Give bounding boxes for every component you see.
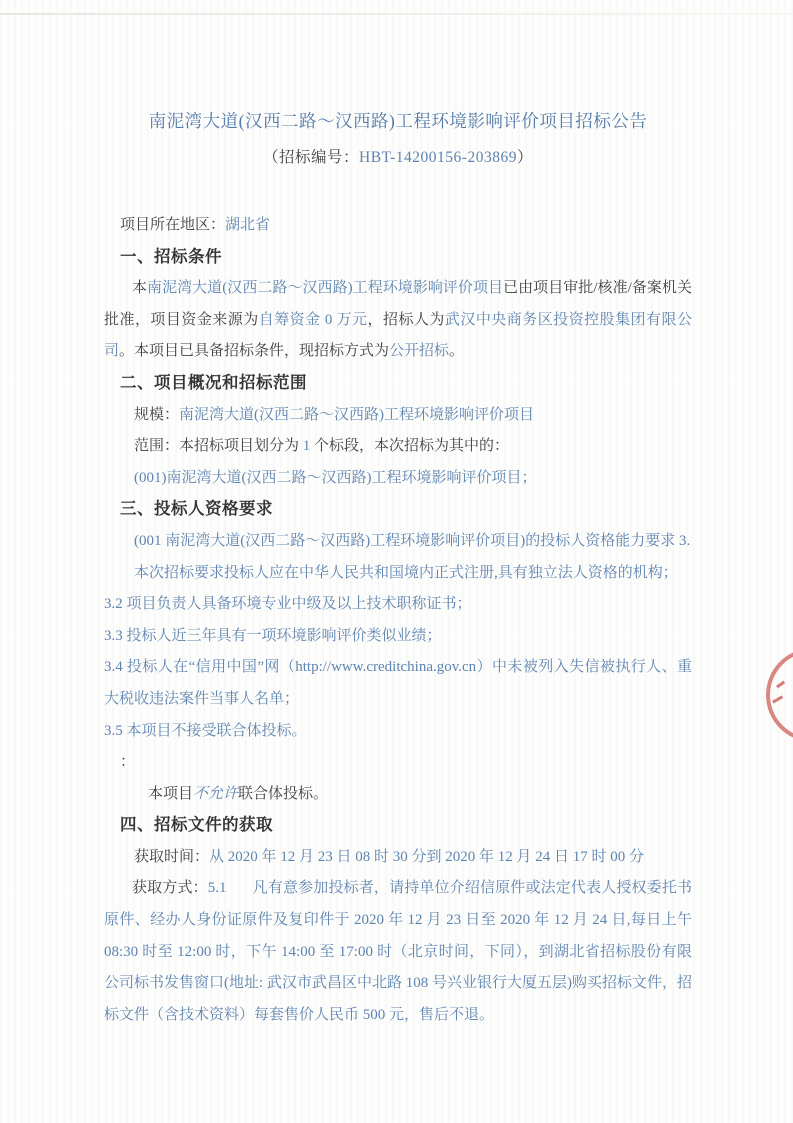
requirement-3-4: 3.4 投标人在“信用中国”网（http://www.creditchina.g…	[104, 652, 692, 715]
section-2-heading: 二、项目概况和招标范围	[104, 368, 692, 400]
scope-line: 范围：本招标项目划分为 1 个标段，本次招标为其中的：	[104, 431, 692, 463]
requirement-3-2: 3.2 项目负责人具备环境专业中级及以上技术职称证书；	[104, 589, 692, 621]
stray-colon: ：	[104, 747, 692, 779]
obtain-time-label: 获取时间：	[134, 849, 209, 865]
obtain-time-line: 获取时间：从 2020 年 12 月 23 日 08 时 30 分到 2020 …	[104, 842, 692, 874]
not-allowed-emphasis: 不允许	[193, 786, 238, 802]
section-1-paragraph: 本南泥湾大道(汉西二路～汉西路)工程环境影响评价项目已由项目审批/核准/备案机关…	[104, 273, 692, 368]
requirement-3-1: 本次招标要求投标人应在中华人民共和国境内正式注册,具有独立法人资格的机构；	[104, 558, 692, 590]
obtain-method-paragraph: 获取方式：5.1凡有意参加投标者，请持单位介绍信原件或法定代表人授权委托书原件、…	[104, 873, 692, 1031]
obtain-time-value: 从 2020 年 12 月 23 日 08 时 30 分到 2020 年 12 …	[209, 849, 644, 865]
region-value: 湖北省	[225, 217, 270, 233]
page-title: 南泥湾大道(汉西二路～汉西路)工程环境影响评价项目招标公告	[104, 0, 692, 136]
obtain-method-label: 获取方式：	[132, 880, 208, 896]
requirement-3-5: 3.5 本项目不接受联合体投标。	[104, 716, 692, 748]
region-label: 项目所在地区：	[120, 217, 225, 233]
section-1-heading: 一、招标条件	[104, 242, 692, 274]
section-4-heading: 四、招标文件的获取	[104, 810, 692, 842]
section-3-heading: 三、投标人资格要求	[104, 494, 692, 526]
requirement-3-3: 3.3 投标人近三年具有一项环境影响评价类似业绩；	[104, 621, 692, 653]
red-seal-arc	[766, 648, 793, 742]
project-region-line: 项目所在地区：湖北省	[104, 210, 692, 242]
tender-number-close: ）	[517, 149, 533, 166]
tender-number-line: （招标编号：HBT-14200156-203869）	[104, 146, 692, 170]
lot-line: (001)南泥湾大道(汉西二路～汉西路)工程环境影响评价项目；	[104, 463, 692, 495]
qualification-intro-line: (001 南泥湾大道(汉西二路～汉西路)工程环境影响评价项目)的投标人资格能力要…	[104, 526, 692, 558]
tender-number: HBT-14200156-203869	[359, 149, 517, 166]
scale-label: 规模：	[134, 407, 179, 423]
consortium-note-line: 本项目不允许联合体投标。	[104, 779, 692, 811]
scanned-document-page: 南泥湾大道(汉西二路～汉西路)工程环境影响评价项目招标公告 （招标编号：HBT-…	[0, 0, 793, 1123]
scale-value: 南泥湾大道(汉西二路～汉西路)工程环境影响评价项目	[179, 407, 534, 423]
scale-line: 规模：南泥湾大道(汉西二路～汉西路)工程环境影响评价项目	[104, 400, 692, 432]
tender-number-label: （招标编号：	[263, 149, 359, 166]
document-content: 南泥湾大道(汉西二路～汉西路)工程环境影响评价项目招标公告 （招标编号：HBT-…	[104, 0, 692, 1031]
